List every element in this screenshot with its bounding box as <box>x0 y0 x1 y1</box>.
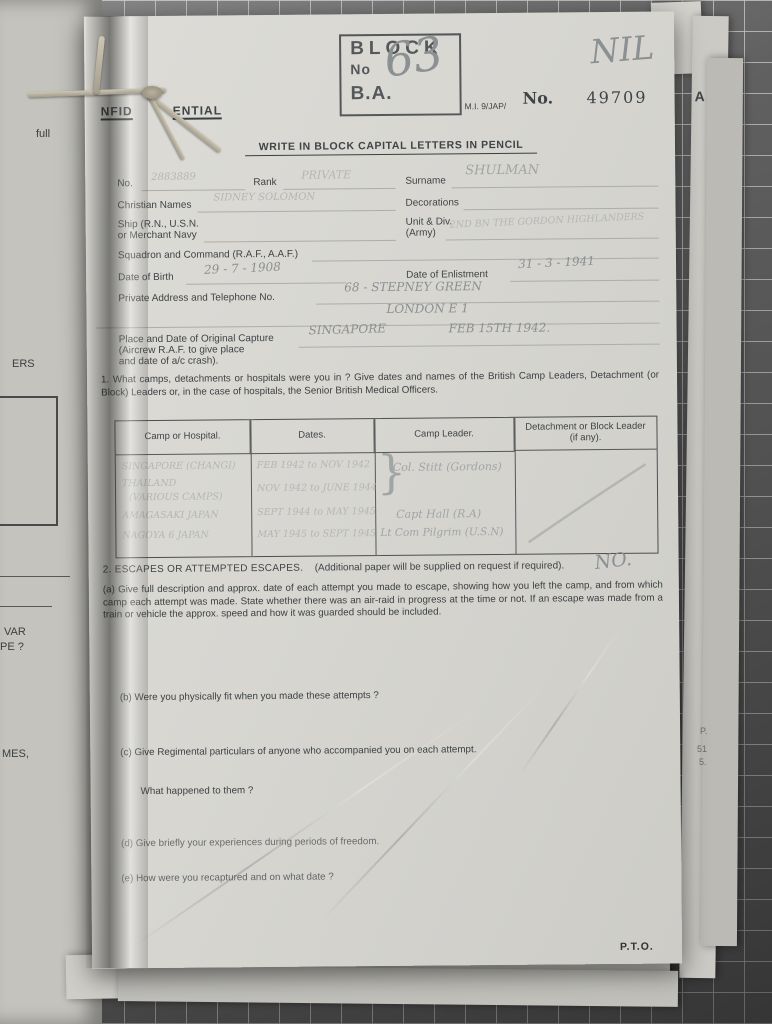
page-edge <box>701 58 743 946</box>
table-header-camp: Camp or Hospital. <box>115 420 250 455</box>
table-cell-dates: NOV 1942 to JUNE 1944 <box>257 482 377 494</box>
question-1-text: 1. What camps, detachments or hospitals … <box>101 370 659 400</box>
left-page-fragment: VAR <box>4 626 26 638</box>
field-label-address: Private Address and Telephone No. <box>118 292 275 304</box>
left-page-fragment: full <box>36 128 50 140</box>
right-edge-fragment: 5. <box>699 757 707 767</box>
field-label-decorations: Decorations <box>405 197 458 208</box>
question-2b-text: (b) Were you physically fit when you mad… <box>120 689 550 705</box>
field-line <box>463 194 658 211</box>
field-label-ship-2: or Merchant Navy <box>118 230 197 242</box>
page-edge <box>118 965 678 1007</box>
table-cell-dates: FEB 1942 to NOV 1942 <box>257 459 370 471</box>
question-2a-text: (a) Give full description and approx. da… <box>103 580 663 623</box>
field-line <box>204 226 396 243</box>
question-2c2-text: What happened to them ? <box>141 784 441 799</box>
handwritten-nil: NIL <box>589 27 656 71</box>
pto-footer: P.T.O. <box>620 941 654 953</box>
left-page-fragment: MES, <box>2 748 29 760</box>
page-title: WRITE IN BLOCK CAPITAL LETTERS IN PENCIL <box>245 139 537 157</box>
camp-table: Camp or Hospital. Dates. Camp Leader. De… <box>114 416 658 559</box>
serial-no-label: No. <box>523 89 554 108</box>
field-label-surname: Surname <box>405 175 446 186</box>
serial-number: 49709 <box>587 88 648 108</box>
field-label-capture-3: and date of a/c crash). <box>119 355 219 367</box>
table-cell-leader: Col. Stitt (Gordons) <box>393 460 502 474</box>
field-value-no: 2883889 <box>151 172 196 183</box>
question-2d-text: (d) Give briefly your experiences during… <box>121 835 551 851</box>
right-edge-fragment: P. <box>700 726 707 736</box>
pencil-stroke <box>521 455 654 550</box>
left-page-fragment: PE ? <box>0 641 24 653</box>
table-cell-camp: THAILAND <box>122 478 176 489</box>
paper-crease <box>321 680 550 921</box>
stamp-ba-label: B.A. <box>350 83 392 105</box>
field-value-christian-names: SIDNEY SOLOMON <box>213 192 315 204</box>
field-value-surname: SHULMAN <box>465 163 539 179</box>
table-header-dates: Dates. <box>250 419 374 454</box>
field-label-rank: Rank <box>253 177 276 188</box>
handwritten-no-answer: NO. <box>594 548 633 574</box>
field-label-dob: Date of Birth <box>118 272 174 283</box>
field-label-capture-1: Place and Date of Original Capture <box>119 333 274 345</box>
left-page-rule <box>0 606 52 607</box>
table-header-detachment: Detachment or Block Leader (if any). <box>514 417 656 451</box>
field-label-capture-2: (Aircrew R.A.F. to give place <box>119 344 245 356</box>
serial-suffix: A <box>695 88 705 104</box>
field-value-capture-place: SINGAPORE <box>308 321 386 337</box>
field-line <box>312 244 659 262</box>
table-cell-dates: MAY 1945 to SEPT 1945 <box>257 528 376 540</box>
photograph-of-pow-questionnaire: full ERS VAR PE ? MES, P. 51 5. BLOCK No… <box>0 0 772 1024</box>
mi9-reference: M.I. 9/JAP/ <box>465 101 507 111</box>
table-cell-camp: SINGAPORE (CHANGI) <box>122 460 236 472</box>
left-page-fragment: ERS <box>12 358 35 370</box>
question-2c-text: (c) Give Regimental particulars of anyon… <box>120 743 590 760</box>
left-page-rule <box>0 576 70 577</box>
field-value-address-2: LONDON E 1 <box>386 301 468 316</box>
table-cell-camp: (VARIOUS CAMPS) <box>129 491 223 503</box>
table-cell-leader: Lt Com Pilgrim (U.S.N) <box>380 526 503 539</box>
question-2-note: (Additional paper will be supplied on re… <box>315 560 565 573</box>
table-cell-dates: SEPT 1944 to MAY 1945 <box>257 506 376 518</box>
table-cell-camp: NAGOYA 6 JAPAN <box>122 530 208 542</box>
field-value-address: 68 - STEPNEY GREEN <box>344 279 482 294</box>
question-2-heading: 2. ESCAPES OR ATTEMPTED ESCAPES. <box>103 563 304 576</box>
field-label-ship-1: Ship (R.N., U.S.N. <box>118 219 199 231</box>
field-value-capture-date: FEB 15TH 1942. <box>449 321 551 336</box>
field-label-unit-2: (Army) <box>406 228 436 239</box>
confidential-marking: NFID <box>101 104 133 120</box>
field-value-rank: PRIVATE <box>301 168 351 181</box>
left-page-table-corner <box>0 396 58 526</box>
table-cell-camp: AMAGASAKI JAPAN <box>122 509 219 521</box>
stamp-no-label: No <box>350 61 371 77</box>
right-edge-fragment: 51 <box>697 744 707 754</box>
question-2e-text: (e) How were you recaptured and on what … <box>121 870 551 886</box>
table-cell-leader: Capt Hall (R.A) <box>396 507 481 521</box>
questionnaire-form-page: BLOCK No B.A. 63 NIL M.I. 9/JAP/ No. 497… <box>84 11 682 968</box>
field-label-christian-names: Christian Names <box>117 200 191 212</box>
field-label-no: No. <box>117 178 133 189</box>
handwritten-block-number: 63 <box>381 26 447 88</box>
paper-crease <box>131 708 478 948</box>
twine-knot <box>142 86 162 99</box>
